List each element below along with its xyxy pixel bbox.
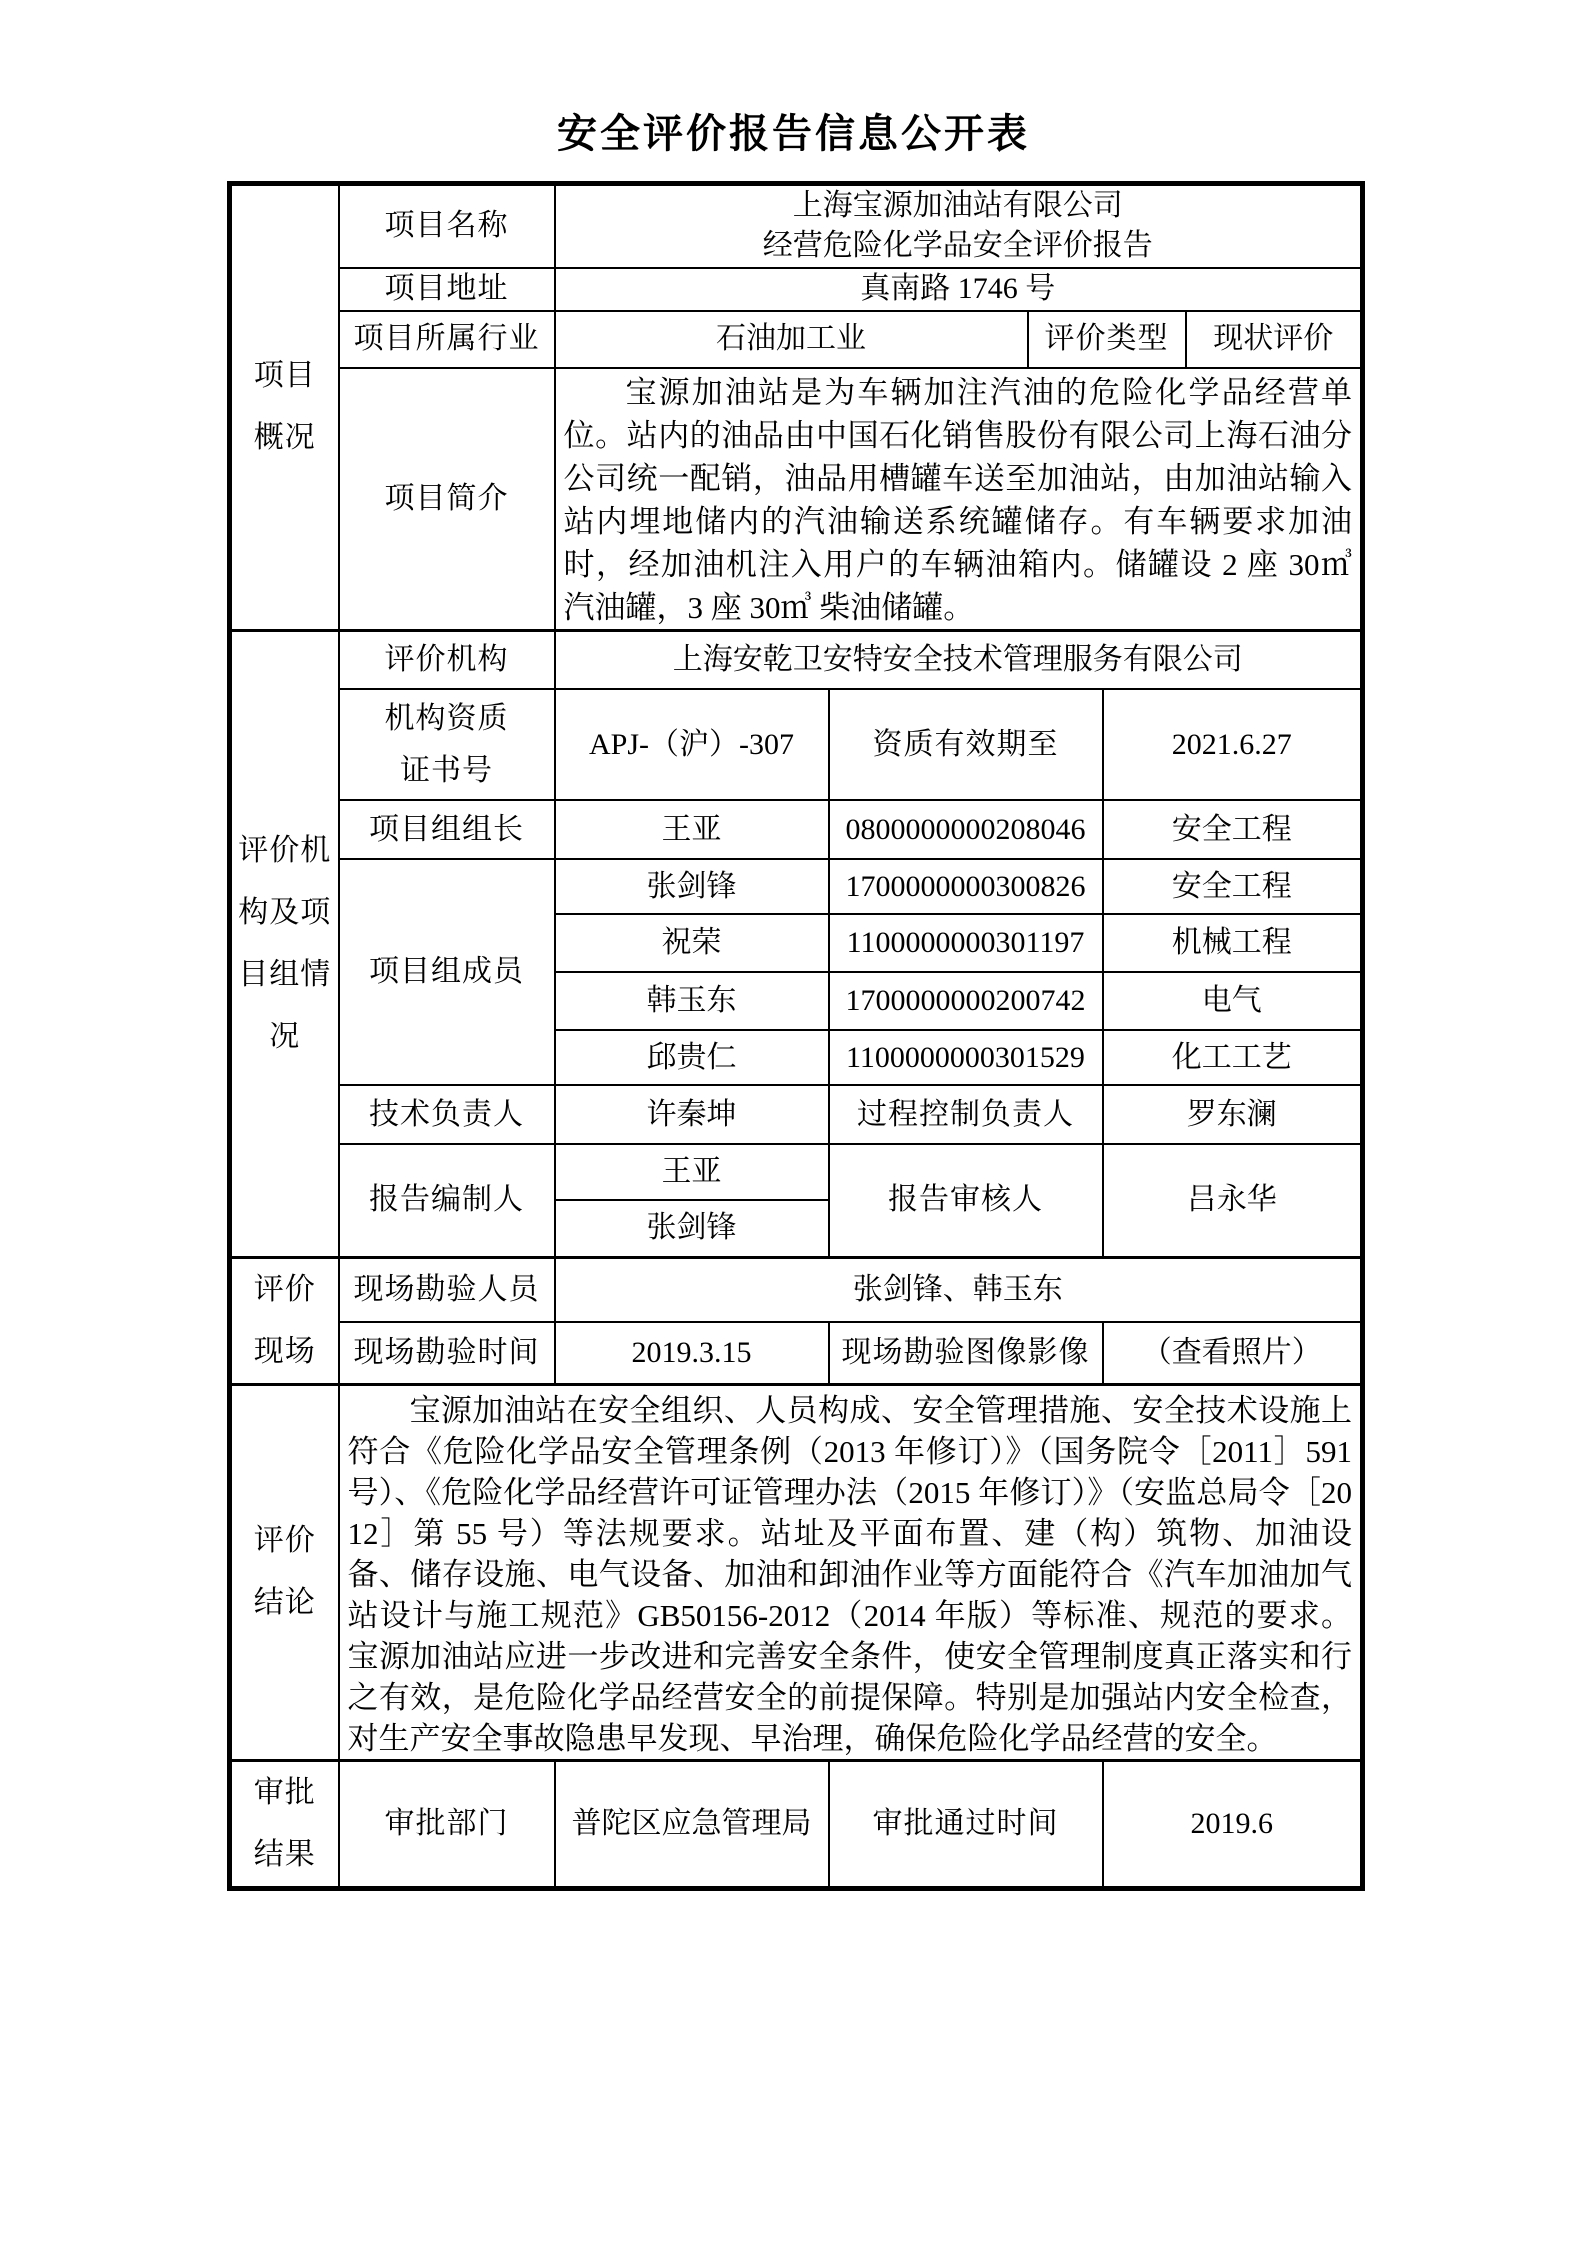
member-specialty: 安全工程 bbox=[1103, 859, 1363, 914]
approval-time-label: 审批通过时间 bbox=[829, 1760, 1103, 1888]
report-author-name: 王亚 bbox=[555, 1144, 829, 1200]
approval-dept-value: 普陀区应急管理局 bbox=[555, 1760, 829, 1888]
member-cert-no: 1100000000301529 bbox=[829, 1030, 1103, 1085]
section-stub-eval-site: 评价 现场 bbox=[230, 1257, 339, 1384]
report-reviewer-label: 报告审核人 bbox=[829, 1144, 1103, 1257]
row-project-industry: 项目所属行业 石油加工业 评价类型 现状评价 bbox=[230, 311, 1363, 368]
project-address-value: 真南路 1746 号 bbox=[555, 268, 1363, 311]
project-name-value: 上海宝源加油站有限公司 经营危险化学品安全评价报告 bbox=[555, 184, 1363, 268]
row-tech-lead: 技术负责人 许秦坤 过程控制负责人 罗东澜 bbox=[230, 1085, 1363, 1144]
member-name: 邱贵仁 bbox=[555, 1030, 829, 1085]
report-reviewer-name: 吕永华 bbox=[1103, 1144, 1363, 1257]
member-specialty: 电气 bbox=[1103, 972, 1363, 1030]
member-name: 祝荣 bbox=[555, 914, 829, 972]
row-approval: 审批 结果 审批部门 普陀区应急管理局 审批通过时间 2019.6 bbox=[230, 1760, 1363, 1888]
view-photos-link[interactable]: （查看照片） bbox=[1103, 1322, 1363, 1384]
conclusion-text: 宝源加油站在安全组织、人员构成、安全管理措施、安全技术设施上符合《危险化学品安全… bbox=[339, 1384, 1363, 1760]
document-page: 安全评价报告信息公开表 项目 概况 项目名称 上海宝源加油站有限公司 经营危险化… bbox=[0, 0, 1587, 2245]
section-stub-approval: 审批 结果 bbox=[230, 1760, 339, 1888]
team-leader-specialty: 安全工程 bbox=[1103, 800, 1363, 859]
row-team-leader: 项目组组长 王亚 0800000000208046 安全工程 bbox=[230, 800, 1363, 859]
disclosure-table: 项目 概况 项目名称 上海宝源加油站有限公司 经营危险化学品安全评价报告 项目地… bbox=[227, 181, 1365, 1891]
team-leader-name: 王亚 bbox=[555, 800, 829, 859]
row-agency-cert: 机构资质 证书号 APJ-（沪）-307 资质有效期至 2021.6.27 bbox=[230, 689, 1363, 800]
project-industry-label: 项目所属行业 bbox=[339, 311, 555, 368]
agency-label: 评价机构 bbox=[339, 630, 555, 689]
member-name: 韩玉东 bbox=[555, 972, 829, 1030]
section-stub-project-overview: 项目 概况 bbox=[230, 184, 339, 631]
agency-cert-label: 机构资质 证书号 bbox=[339, 689, 555, 800]
member-cert-no: 1100000000301197 bbox=[829, 914, 1103, 972]
team-leader-cert-no: 0800000000208046 bbox=[829, 800, 1103, 859]
approval-time-value: 2019.6 bbox=[1103, 1760, 1363, 1888]
member-specialty: 机械工程 bbox=[1103, 914, 1363, 972]
tech-lead-label: 技术负责人 bbox=[339, 1085, 555, 1144]
member-name: 张剑锋 bbox=[555, 859, 829, 914]
row-project-name: 项目 概况 项目名称 上海宝源加油站有限公司 经营危险化学品安全评价报告 bbox=[230, 184, 1363, 268]
eval-type-label: 评价类型 bbox=[1028, 311, 1186, 368]
page-title: 安全评价报告信息公开表 bbox=[0, 102, 1587, 159]
site-personnel-label: 现场勘验人员 bbox=[339, 1257, 555, 1322]
member-cert-no: 1700000000200742 bbox=[829, 972, 1103, 1030]
member-cert-no: 1700000000300826 bbox=[829, 859, 1103, 914]
row-project-address: 项目地址 真南路 1746 号 bbox=[230, 268, 1363, 311]
team-members-label: 项目组成员 bbox=[339, 859, 555, 1085]
agency-value: 上海安乾卫安特安全技术管理服务有限公司 bbox=[555, 630, 1363, 689]
tech-lead-name: 许秦坤 bbox=[555, 1085, 829, 1144]
row-conclusion: 评价 结论 宝源加油站在安全组织、人员构成、安全管理措施、安全技术设施上符合《危… bbox=[230, 1384, 1363, 1760]
project-name-label: 项目名称 bbox=[339, 184, 555, 268]
approval-dept-label: 审批部门 bbox=[339, 1760, 555, 1888]
site-media-label: 现场勘验图像影像 bbox=[829, 1322, 1103, 1384]
row-site-time: 现场勘验时间 2019.3.15 现场勘验图像影像 （查看照片） bbox=[230, 1322, 1363, 1384]
report-authors-label: 报告编制人 bbox=[339, 1144, 555, 1257]
project-address-label: 项目地址 bbox=[339, 268, 555, 311]
process-control-label: 过程控制负责人 bbox=[829, 1085, 1103, 1144]
report-author-name: 张剑锋 bbox=[555, 1200, 829, 1257]
cert-valid-label: 资质有效期至 bbox=[829, 689, 1103, 800]
row-site-personnel: 评价 现场 现场勘验人员 张剑锋、韩玉东 bbox=[230, 1257, 1363, 1322]
section-stub-agency-team: 评价机 构及项 目组情 况 bbox=[230, 630, 339, 1257]
site-personnel-value: 张剑锋、韩玉东 bbox=[555, 1257, 1363, 1322]
row-agency: 评价机 构及项 目组情 况 评价机构 上海安乾卫安特安全技术管理服务有限公司 bbox=[230, 630, 1363, 689]
section-stub-conclusion: 评价 结论 bbox=[230, 1384, 339, 1760]
project-intro-text: 宝源加油站是为车辆加注汽油的危险化学品经营单位。站内的油品由中国石化销售股份有限… bbox=[555, 368, 1363, 631]
project-intro-label: 项目简介 bbox=[339, 368, 555, 631]
eval-type-value: 现状评价 bbox=[1186, 311, 1363, 368]
member-specialty: 化工工艺 bbox=[1103, 1030, 1363, 1085]
cert-valid-value: 2021.6.27 bbox=[1103, 689, 1363, 800]
site-time-value: 2019.3.15 bbox=[555, 1322, 829, 1384]
agency-cert-value: APJ-（沪）-307 bbox=[555, 689, 829, 800]
team-leader-label: 项目组组长 bbox=[339, 800, 555, 859]
process-control-name: 罗东澜 bbox=[1103, 1085, 1363, 1144]
project-industry-value: 石油加工业 bbox=[555, 311, 1028, 368]
row-report-authors: 报告编制人 王亚 报告审核人 吕永华 bbox=[230, 1144, 1363, 1200]
row-team-member: 项目组成员 张剑锋 1700000000300826 安全工程 bbox=[230, 859, 1363, 914]
site-time-label: 现场勘验时间 bbox=[339, 1322, 555, 1384]
row-project-intro: 项目简介 宝源加油站是为车辆加注汽油的危险化学品经营单位。站内的油品由中国石化销… bbox=[230, 368, 1363, 631]
